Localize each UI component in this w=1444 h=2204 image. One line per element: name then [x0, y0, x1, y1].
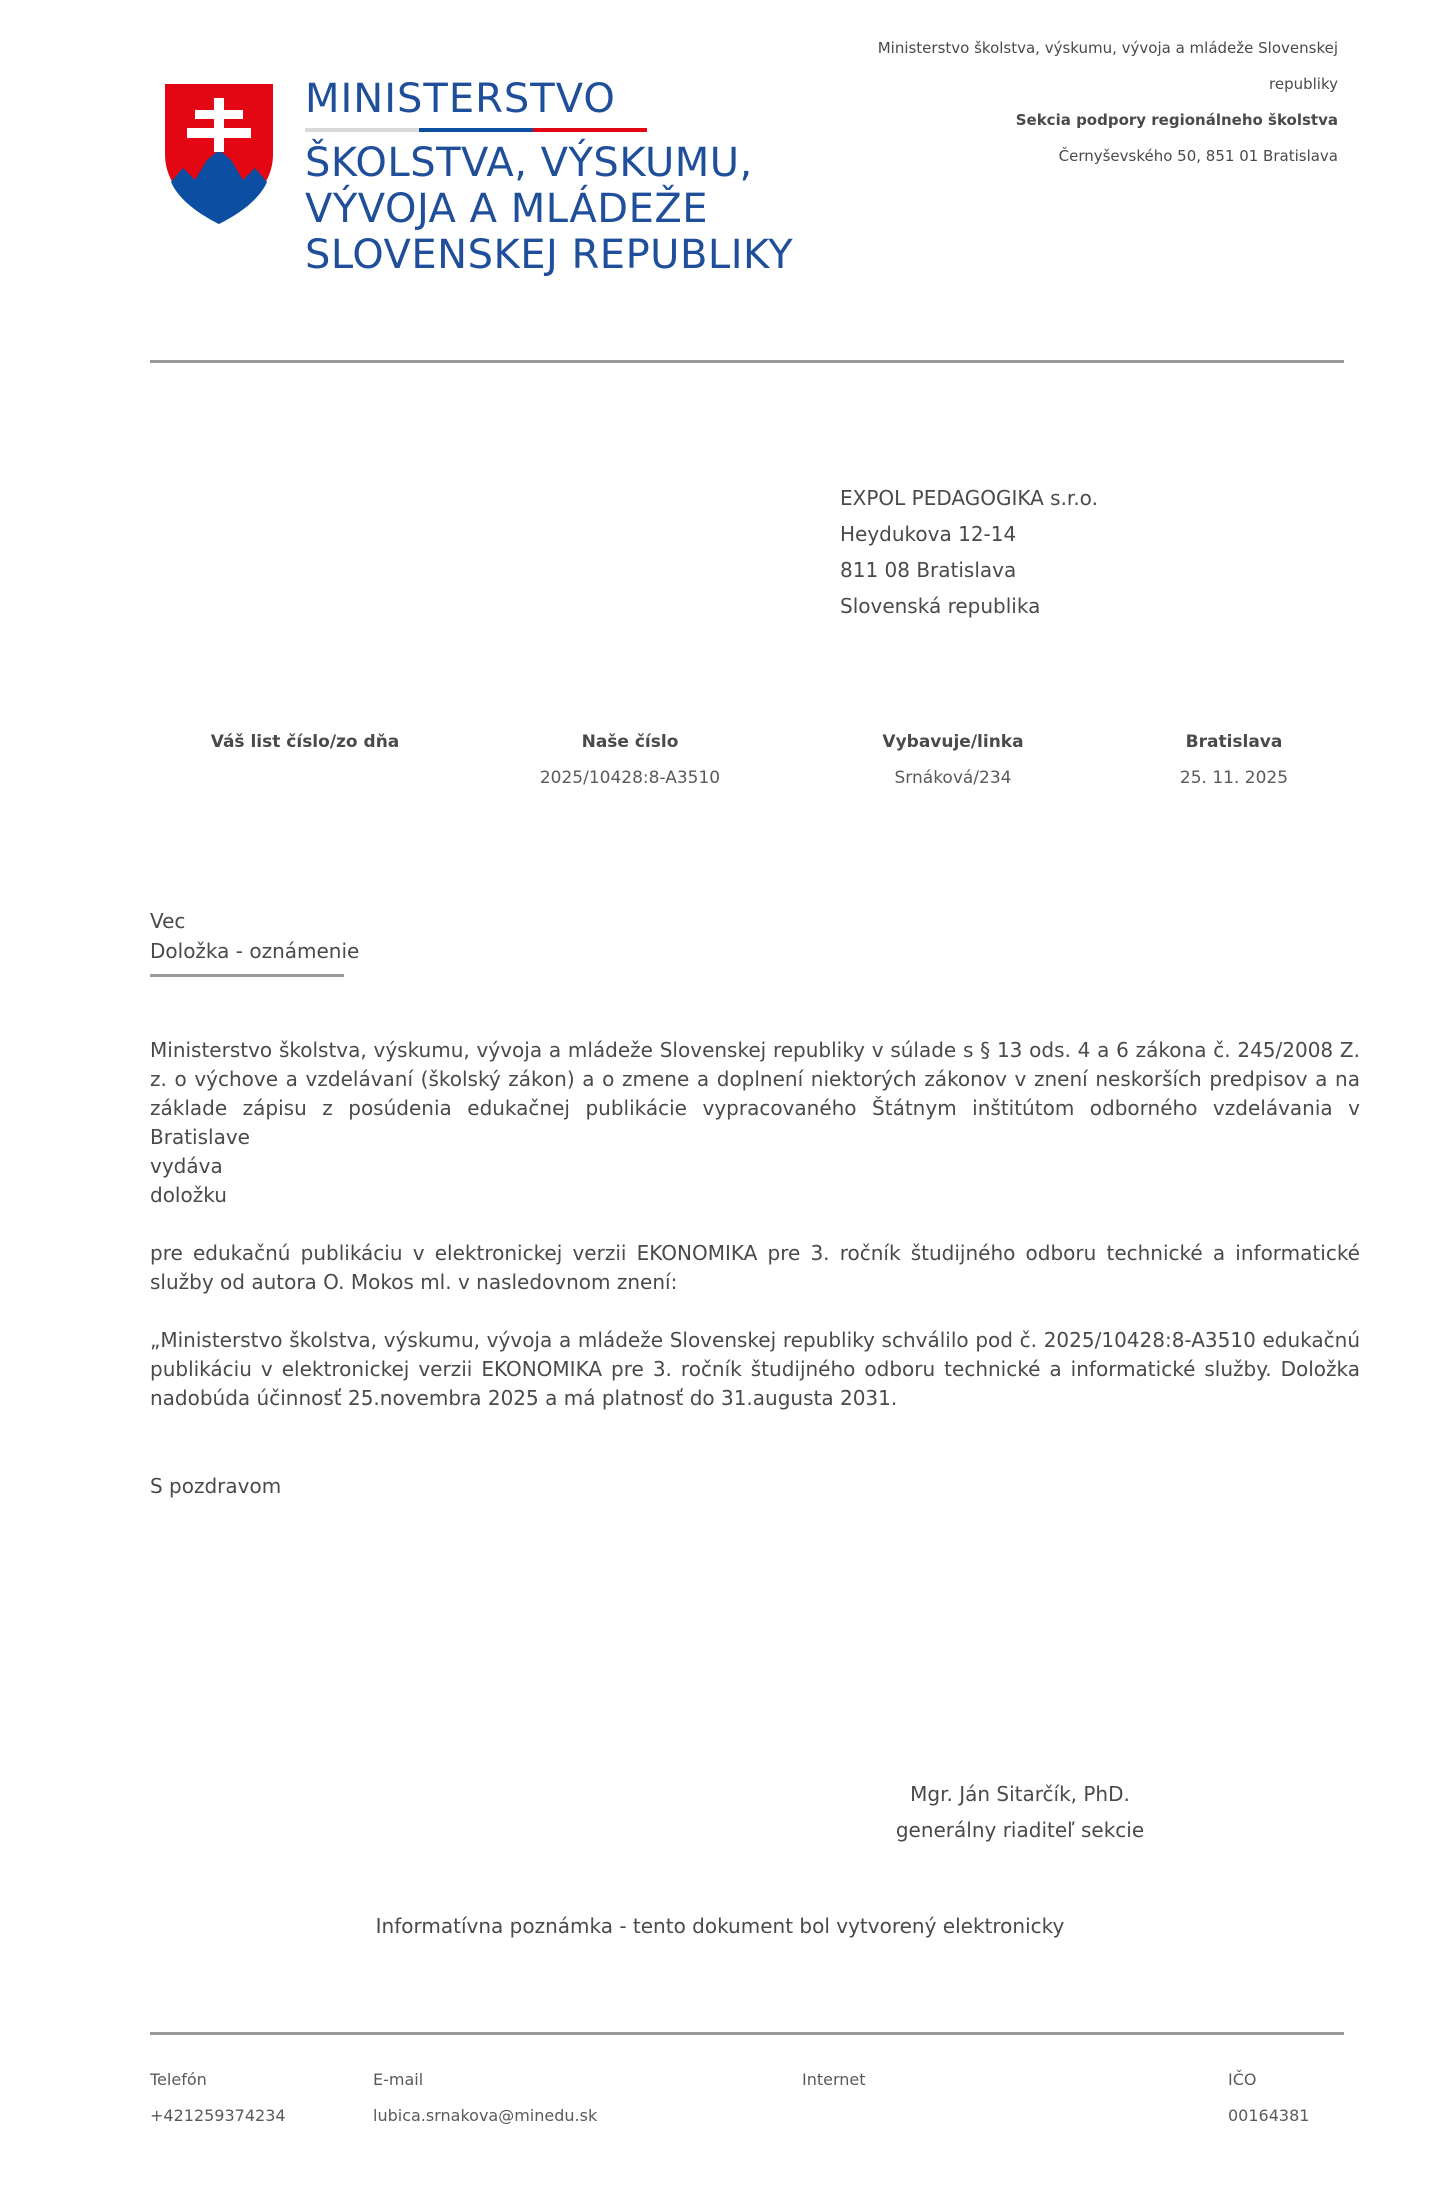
footer-email-label: E-mail — [373, 2070, 423, 2089]
sender-ministry-line2: republiky — [818, 66, 1338, 102]
ref-header-our-number: Naše číslo — [500, 732, 760, 752]
header-divider — [150, 360, 1344, 363]
body-clause: doložku — [150, 1181, 1360, 1210]
ref-header-place: Bratislava — [1104, 732, 1364, 752]
footer-email-link[interactable]: lubica.srnakova@minedu.sk — [373, 2106, 597, 2125]
logo-line-4: SLOVENSKEJ REPUBLIKY — [305, 232, 793, 278]
sender-section: Sekcia podpory regionálneho školstva — [818, 102, 1338, 138]
ref-value-date: 25. 11. 2025 — [1104, 768, 1364, 788]
informative-note: Informatívna poznámka - tento dokument b… — [300, 1914, 1140, 1938]
body-paragraph-quote: „Ministerstvo školstva, výskumu, vývoja … — [150, 1326, 1360, 1413]
subject-block: Vec Doložka - oznámenie — [150, 906, 359, 966]
recipient-address: EXPOL PEDAGOGIKA s.r.o. Heydukova 12-14 … — [840, 480, 1098, 624]
logo-tricolor-bar — [305, 128, 647, 132]
recipient-name: EXPOL PEDAGOGIKA s.r.o. — [840, 480, 1098, 516]
subject-title: Doložka - oznámenie — [150, 936, 359, 966]
recipient-country: Slovenská republika — [840, 588, 1098, 624]
subject-label: Vec — [150, 906, 359, 936]
body-paragraph-intro: Ministerstvo školstva, výskumu, vývoja a… — [150, 1036, 1360, 1152]
ref-header-your-letter: Váš list číslo/zo dňa — [175, 732, 435, 752]
ministry-logo: MINISTERSTVO ŠKOLSTVA, VÝSKUMU, VÝVOJA A… — [305, 76, 793, 278]
footer-divider — [150, 2032, 1344, 2035]
signatory-name: Mgr. Ján Sitarčík, PhD. — [860, 1776, 1180, 1812]
footer-ico: 00164381 — [1228, 2106, 1309, 2125]
recipient-street: Heydukova 12-14 — [840, 516, 1098, 552]
logo-line-3: VÝVOJA A MLÁDEŽE — [305, 186, 793, 232]
footer-ico-label: IČO — [1228, 2070, 1256, 2089]
coat-of-arms-icon — [163, 84, 275, 224]
sender-ministry-line1: Ministerstvo školstva, výskumu, vývoja a… — [818, 30, 1338, 66]
ref-value-our-number: 2025/10428:8-A3510 — [500, 768, 760, 788]
ref-value-handled-by: Srnáková/234 — [823, 768, 1083, 788]
logo-line-2: ŠKOLSTVA, VÝSKUMU, — [305, 140, 793, 186]
body-issues: vydáva — [150, 1152, 1360, 1181]
signature-block: Mgr. Ján Sitarčík, PhD. generálny riadit… — [860, 1776, 1180, 1848]
greeting: S pozdravom — [150, 1472, 1360, 1501]
ref-header-handled-by: Vybavuje/linka — [823, 732, 1083, 752]
signatory-title: generálny riaditeľ sekcie — [860, 1812, 1180, 1848]
footer-phone-label: Telefón — [150, 2070, 207, 2089]
footer-phone: +421259374234 — [150, 2106, 286, 2125]
sender-address: Černyševského 50, 851 01 Bratislava — [818, 138, 1338, 174]
body-paragraph-publication: pre edukačnú publikáciu v elektronickej … — [150, 1239, 1360, 1297]
sender-block: Ministerstvo školstva, výskumu, vývoja a… — [818, 30, 1338, 174]
logo-line-1: MINISTERSTVO — [305, 76, 793, 122]
recipient-city: 811 08 Bratislava — [840, 552, 1098, 588]
subject-underline — [150, 974, 344, 977]
footer-internet-label: Internet — [802, 2070, 866, 2089]
